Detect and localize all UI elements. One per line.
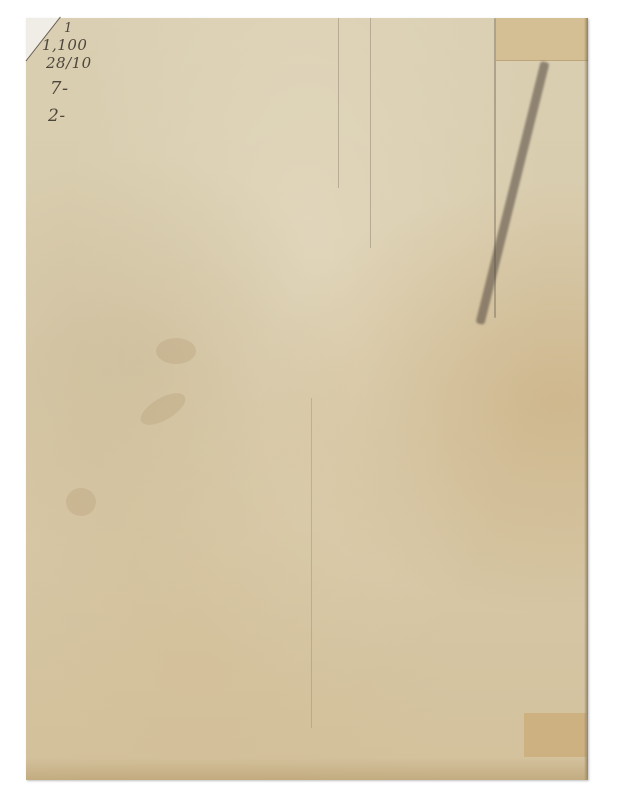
stain — [66, 488, 96, 516]
paper-sheet: 1 1,100 28/10 7- 2- — [26, 18, 588, 780]
pencil-note: 1,100 — [42, 38, 87, 53]
paper-edge-right — [584, 18, 588, 780]
pencil-note: 7- — [50, 80, 69, 98]
stain — [156, 338, 196, 364]
water-stain-bottom — [26, 758, 588, 780]
pencil-streak — [475, 61, 549, 325]
pencil-note: 2- — [48, 108, 66, 125]
crease-line — [338, 18, 339, 188]
pencil-note: 28/10 — [46, 56, 92, 71]
faint-center-mark — [306, 304, 340, 312]
crease-line — [370, 18, 371, 248]
pencil-note: 1 — [64, 22, 73, 35]
crease-line — [311, 398, 312, 728]
tape-strip-top — [496, 18, 588, 61]
tape-strip-bottom — [524, 713, 586, 757]
stain — [136, 387, 190, 431]
